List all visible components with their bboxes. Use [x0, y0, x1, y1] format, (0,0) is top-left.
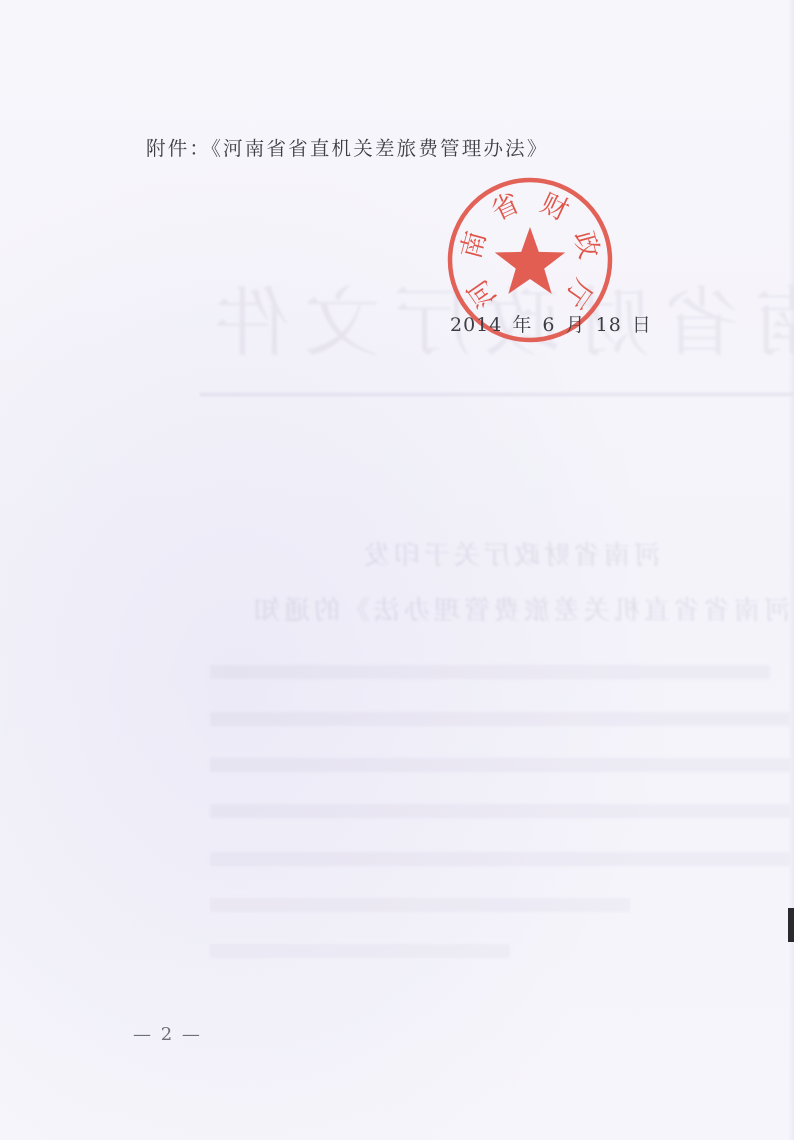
seal-character: 政	[568, 228, 605, 262]
bleed-through-body-line	[210, 852, 790, 866]
bleed-through-body-line	[210, 758, 790, 772]
bleed-through-body-line	[210, 944, 510, 958]
bleed-through-body-line	[210, 665, 770, 679]
seal-character: 省	[487, 188, 525, 228]
bleed-through-rule	[200, 393, 794, 396]
issue-date: 2014 年 6 月 18 日	[450, 310, 652, 337]
bleed-through-heading-2: 《河南省省直机关差旅费管理办法》的通知	[250, 590, 794, 627]
page-number: — 2 —	[133, 1024, 202, 1045]
scan-edge-mark	[788, 908, 794, 942]
seal-character: 南	[456, 228, 493, 262]
attachment-line: 附件：《河南省省直机关差旅费管理办法》	[146, 133, 549, 161]
bleed-through-body-line	[210, 712, 790, 726]
seal-character: 财	[536, 188, 574, 228]
page-edge-shadow	[788, 0, 794, 1140]
bleed-through-body-line	[210, 804, 790, 818]
star-icon	[495, 227, 565, 294]
bleed-through-body-line	[210, 898, 630, 912]
bleed-through-heading-1: 河南省财政厅关于印发	[360, 535, 660, 572]
document-page: 河南省财政厅文件 河南省财政厅关于印发 《河南省省直机关差旅费管理办法》的通知 …	[0, 0, 794, 1140]
